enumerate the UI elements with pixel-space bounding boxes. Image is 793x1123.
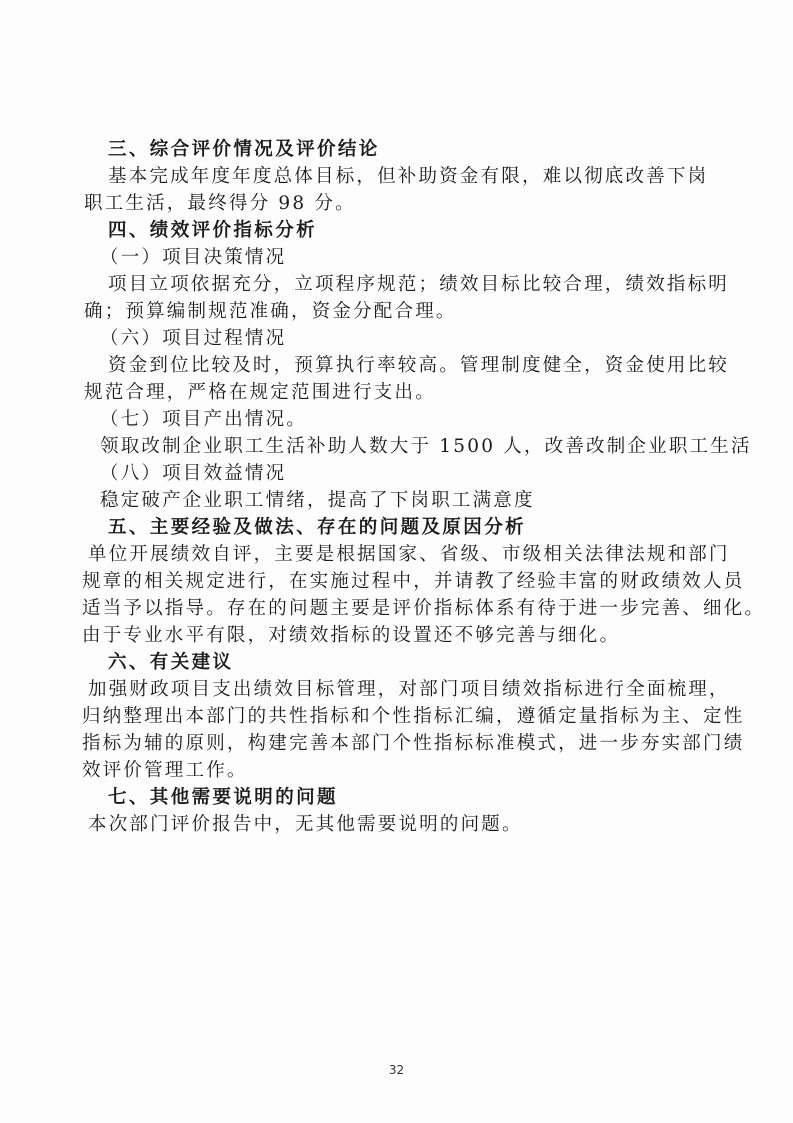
subsection-title-decision: （一）项目决策情况 — [100, 245, 286, 271]
paragraph-line: 由于专业水平有限，对绩效指标的设置还不够完善与细化。 — [82, 623, 620, 649]
paragraph-line: 规范合理，严格在规定范围进行支出。 — [84, 380, 436, 406]
section-heading-3: 三、综合评价情况及评价结论 — [108, 137, 380, 163]
section-heading-4: 四、绩效评价指标分析 — [108, 218, 317, 244]
paragraph-line: 指标为辅的原则，构建完善本部门个性指标标准模式，进一步夯实部门绩 — [82, 731, 744, 757]
page-number: 32 — [0, 1063, 793, 1077]
paragraph-line: 适当予以指导。存在的问题主要是评价指标体系有待于进一步完善、细化。 — [82, 596, 765, 622]
paragraph-line: 规章的相关规定进行，在实施过程中，并请教了经验丰富的财政绩效人员 — [82, 569, 744, 595]
paragraph-line: 确；预算编制规范准确，资金分配合理。 — [84, 299, 457, 325]
paragraph-line: 加强财政项目支出绩效目标管理，对部门项目绩效指标进行全面梳理， — [88, 677, 730, 703]
subsection-title-benefit: （八）项目效益情况 — [100, 461, 286, 487]
document-page: 三、综合评价情况及评价结论 基本完成年度年度总体目标，但补助资金有限，难以彻底改… — [0, 0, 793, 1123]
paragraph-line: 归纳整理出本部门的共性指标和个性指标汇编，遵循定量指标为主、定性 — [82, 704, 744, 730]
section-heading-6: 六、有关建议 — [108, 650, 233, 676]
section-heading-7: 七、其他需要说明的问题 — [108, 785, 338, 811]
section-heading-5: 五、主要经验及做法、存在的问题及原因分析 — [108, 515, 526, 541]
paragraph-line: 项目立项依据充分，立项程序规范；绩效目标比较合理，绩效指标明 — [108, 272, 729, 298]
paragraph-line: 稳定破产企业职工情绪，提高了下岗职工满意度 — [100, 488, 535, 514]
paragraph-line: 基本完成年度年度总体目标，但补助资金有限，难以彻底改善下岗 — [108, 164, 708, 190]
subsection-title-process: （六）项目过程情况 — [100, 326, 286, 352]
subsection-title-output: （七）项目产出情况。 — [100, 407, 307, 433]
paragraph-line: 单位开展绩效自评，主要是根据国家、省级、市级相关法律法规和部门 — [88, 542, 730, 568]
paragraph-line: 效评价管理工作。 — [82, 758, 248, 784]
paragraph-line: 领取改制企业职工生活补助人数大于 1500 人，改善改制企业职工生活 — [100, 434, 752, 460]
paragraph-line: 本次部门评价报告中，无其他需要说明的问题。 — [88, 812, 523, 838]
paragraph-line: 资金到位比较及时，预算执行率较高。管理制度健全，资金使用比较 — [108, 353, 729, 379]
paragraph-line: 职工生活，最终得分 98 分。 — [84, 191, 356, 217]
